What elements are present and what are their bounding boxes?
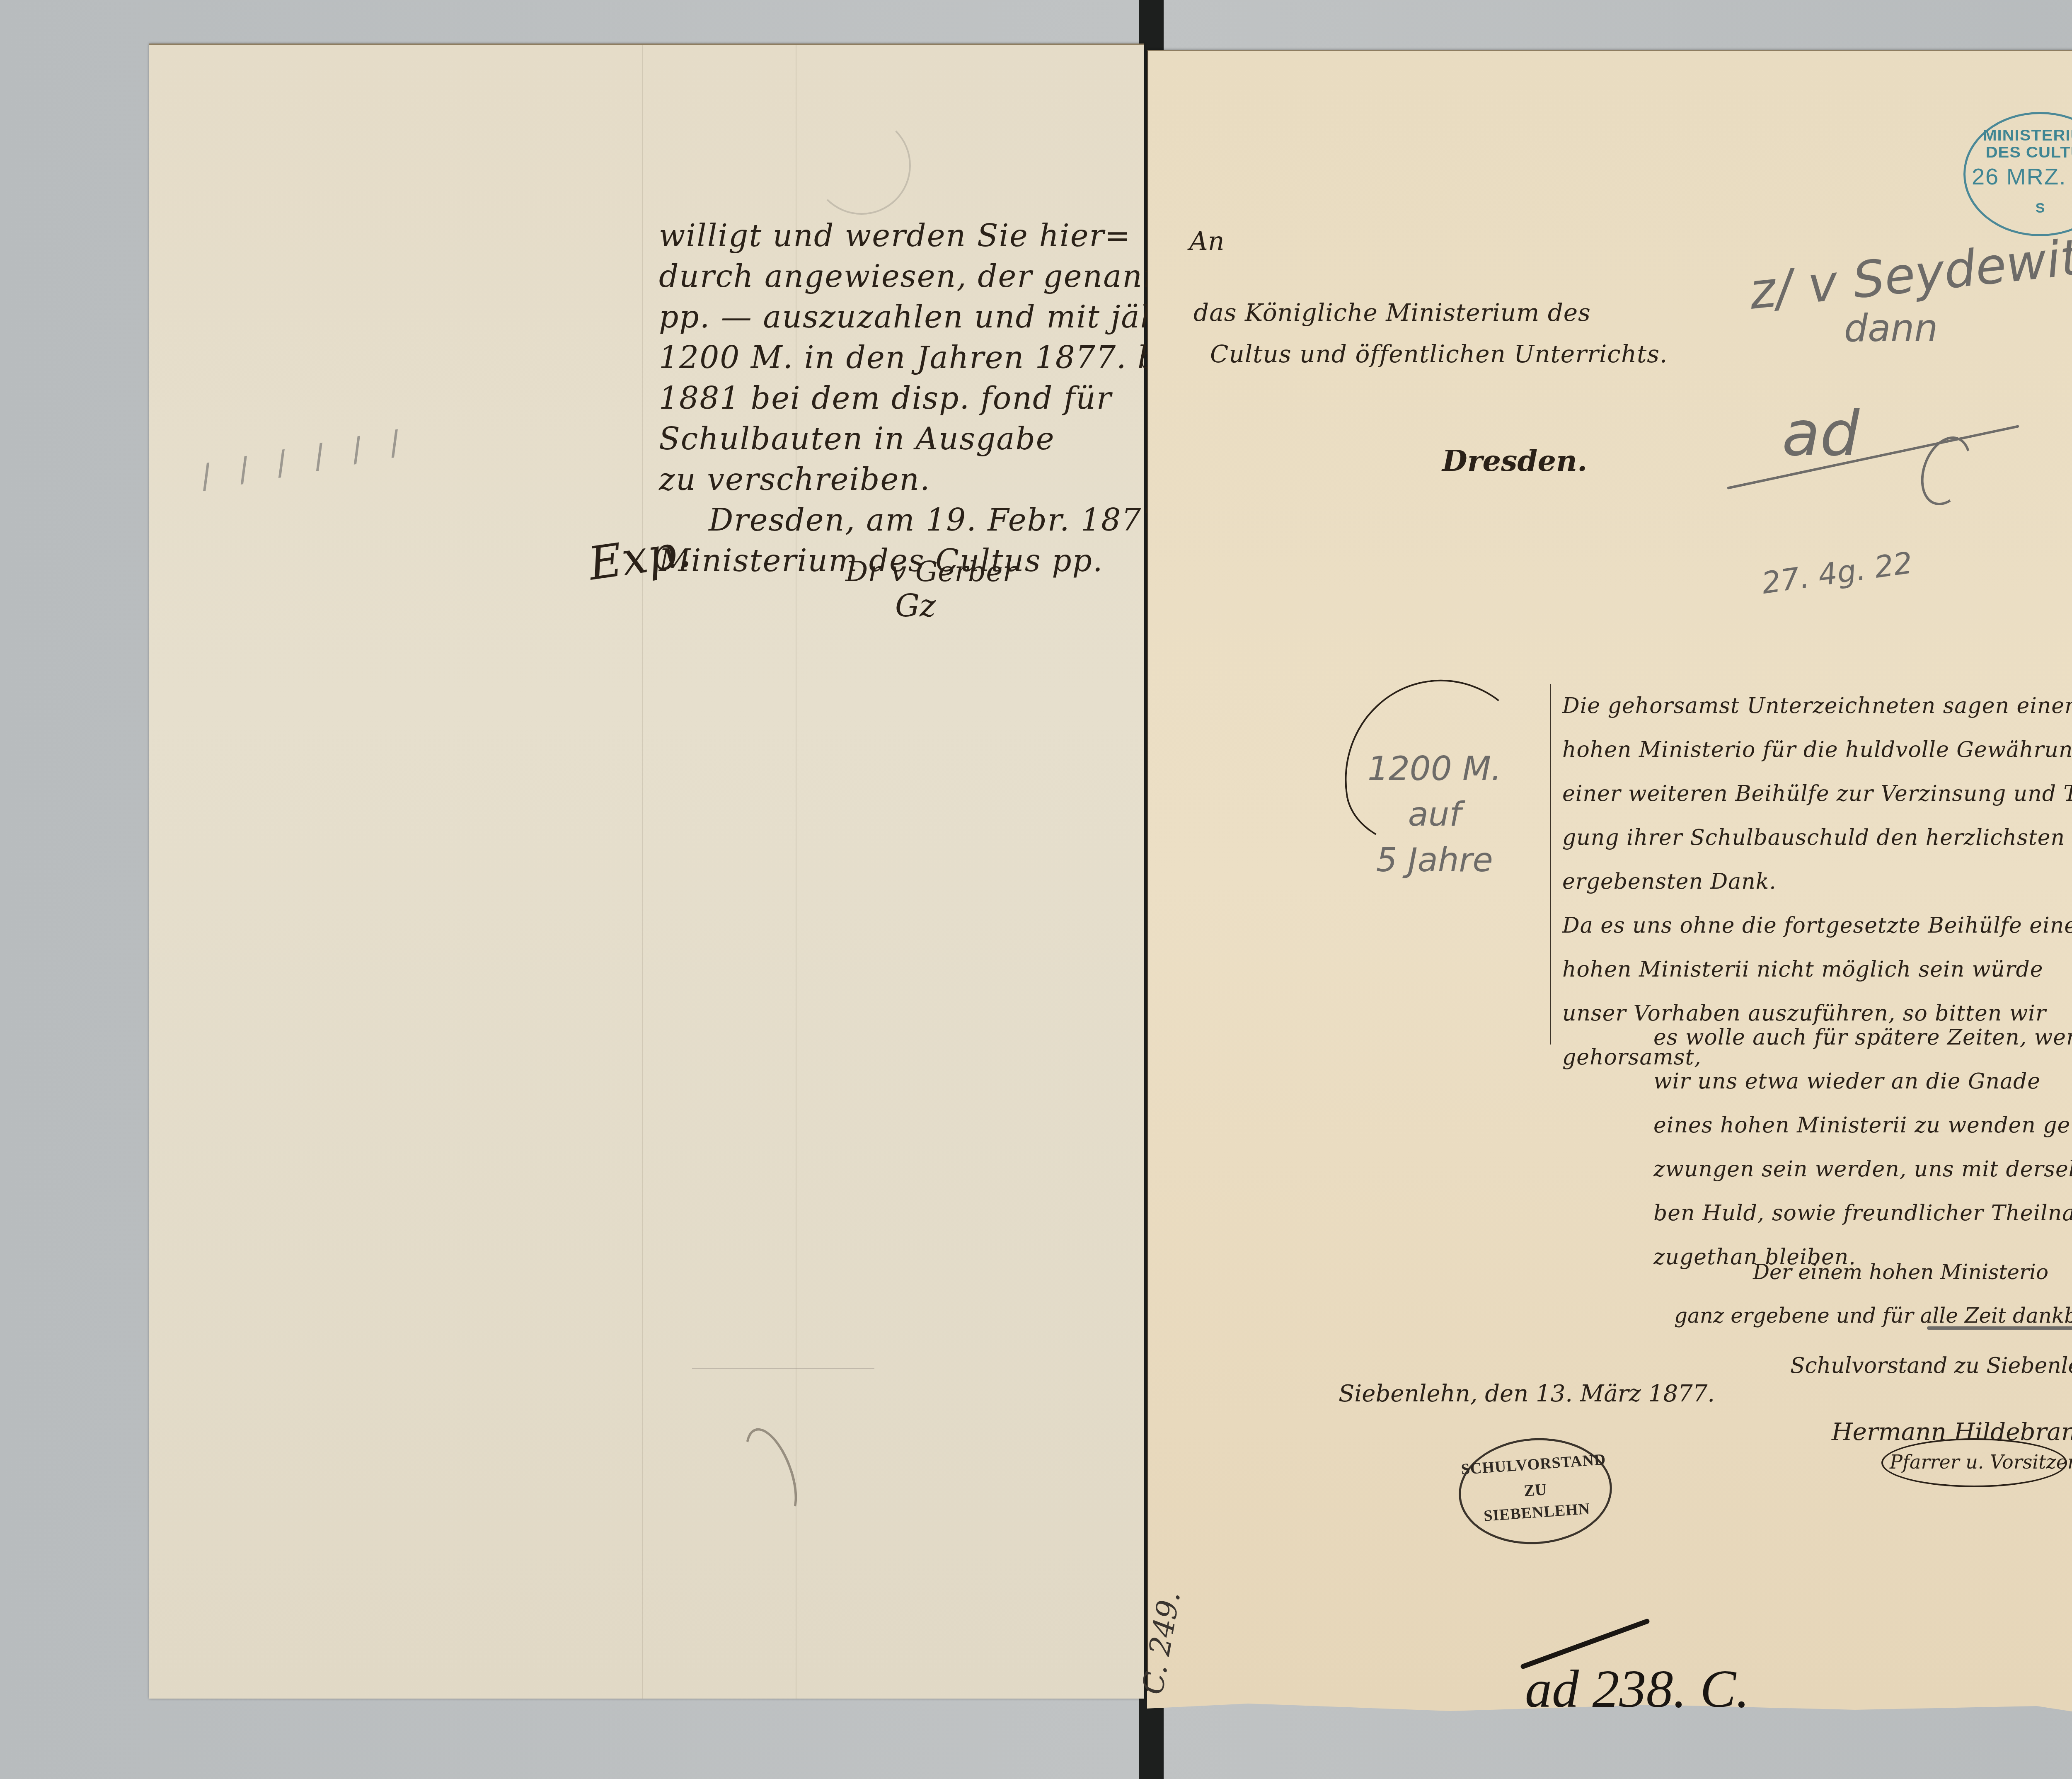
address-line: das Königliche Ministerium des xyxy=(1193,298,1591,327)
text-line: zu verschreiben. xyxy=(659,459,1216,500)
signature-initials: Gz xyxy=(845,588,1016,624)
address-line: Cultus und öffentlichen Unterrichts. xyxy=(1210,340,1668,368)
text-line: durch angewiesen, der genannten xyxy=(659,256,1216,297)
pencil-annotation: dann xyxy=(1844,307,1938,350)
margin-note-line: 1200 M. xyxy=(1368,746,1501,792)
file-reference: ad 238. C. xyxy=(1525,1658,1750,1720)
margin-note-line: auf xyxy=(1368,792,1501,837)
left-page-body: willigt und werden Sie hier= durch angew… xyxy=(659,216,1216,581)
signature-name: Hermann Hildebrandt, Vors. xyxy=(1832,1418,2072,1446)
pencil-underline xyxy=(1927,1326,2072,1330)
text-line: hohen Ministerio für die huldvolle Gewäh… xyxy=(1562,728,2072,772)
text-line: hohen Ministerii nicht möglich sein würd… xyxy=(1562,948,2072,991)
date-line: Dresden, am 19. Febr. 1877. xyxy=(659,500,1216,540)
text-line: ergebensten Dank. xyxy=(1562,860,2072,904)
stamp-bottom-mark: S xyxy=(1965,200,2072,216)
text-line: gung ihrer Schulbauschuld den herzlichst… xyxy=(1562,816,2072,860)
bleed-through-mark xyxy=(812,116,911,215)
text-line: 1200 M. in den Jahren 1877. bis xyxy=(659,337,1216,378)
text-line: 1881 bei dem disp. fond für xyxy=(659,378,1216,419)
closing-line: Der einem hohen Ministerio xyxy=(1753,1260,2048,1284)
signature-name: Dr v Gerber xyxy=(845,555,1016,588)
text-line: ben Huld, sowie freundlicher Theilnahme xyxy=(1653,1191,2072,1235)
stamp-arc-text: MINISTERIUM DES CULTUS xyxy=(1965,128,2072,161)
text-line: Schulbauten in Ausgabe xyxy=(659,419,1216,459)
text-line: einer weiteren Beihülfe zur Verzinsung u… xyxy=(1562,772,2072,816)
place-and-date: Siebenlehn, den 13. März 1877. xyxy=(1339,1380,1715,1407)
margin-pencil-note: 1200 M. auf 5 Jahre xyxy=(1368,746,1501,883)
closing-line: Schulvorstand zu Siebenlehn. xyxy=(1790,1353,2072,1378)
text-line: pp. — auszuzahlen und mit jährl. xyxy=(659,297,1216,337)
text-line: eines hohen Ministerii zu wenden ge= xyxy=(1653,1103,2072,1147)
address-city: Dresden. xyxy=(1442,444,1587,478)
closing-line: ganz ergebene und für alle Zeit dankbare xyxy=(1674,1304,2072,1328)
margin-rule xyxy=(1550,684,1551,1045)
text-line: wir uns etwa wieder an die Gnade xyxy=(1653,1059,2072,1103)
text-line: willigt und werden Sie hier= xyxy=(659,216,1216,256)
address-prefix: An xyxy=(1189,226,1225,256)
page-fold-line xyxy=(642,45,643,1699)
left-signature: Dr v Gerber Gz xyxy=(845,555,1016,624)
pencil-annotation: ad xyxy=(1782,398,1859,470)
text-line: Die gehorsamst Unterzeichneten sagen ein… xyxy=(1562,684,2072,728)
text-line: zwungen sein werden, uns mit dersel= xyxy=(1653,1147,2072,1191)
signature-title: Pfarrer u. Vorsitzender xyxy=(1890,1451,2072,1473)
margin-note-line: 5 Jahre xyxy=(1368,837,1501,883)
text-line: es wolle auch für spätere Zeiten, wenn xyxy=(1653,1016,2072,1059)
text-line: Da es uns ohne die fortgesetzte Beihülfe… xyxy=(1562,904,2072,948)
letter-paragraph-2: es wolle auch für spätere Zeiten, wenn w… xyxy=(1653,1016,2072,1279)
bleed-through-line xyxy=(692,1368,874,1369)
stamp-date: 26 MRZ. 77. xyxy=(1965,163,2072,190)
